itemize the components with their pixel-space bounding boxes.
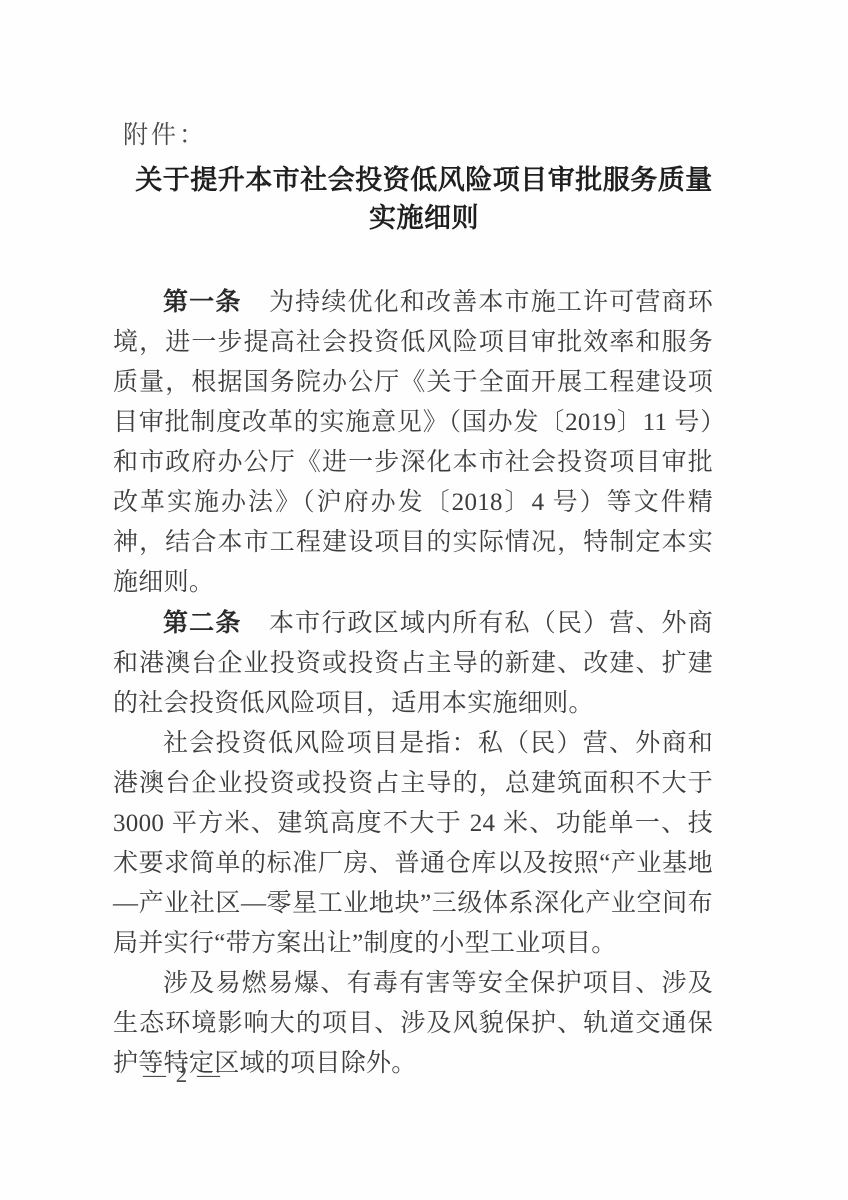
document-page: 附件： 关于提升本市社会投资低风险项目审批服务质量 实施细则 第一条为持续优化和… bbox=[0, 0, 848, 1200]
paragraph-text: 为持续优化和改善本市施工许可营商环境，进一步提高社会投资低风险项目审批效率和服务… bbox=[113, 289, 713, 596]
article-paragraph: 第二条本市行政区域内所有私（民）营、外商和港澳台企业投资或投资占主导的新建、改建… bbox=[113, 603, 713, 724]
page-number: — 2 — bbox=[143, 1061, 222, 1089]
article-number: 第二条 bbox=[163, 609, 242, 637]
article-number: 第一条 bbox=[163, 288, 242, 316]
document-body: 第一条为持续优化和改善本市施工许可营商环境，进一步提高社会投资低风险项目审批效率… bbox=[113, 282, 713, 1084]
attachment-label: 附件： bbox=[123, 121, 207, 151]
article-paragraph: 社会投资低风险项目是指：私（民）营、外商和港澳台企业投资或投资占主导的，总建筑面… bbox=[113, 724, 713, 964]
document-title-line-2: 实施细则 bbox=[0, 199, 848, 237]
article-paragraph: 第一条为持续优化和改善本市施工许可营商环境，进一步提高社会投资低风险项目审批效率… bbox=[113, 282, 713, 603]
document-title-line-1: 关于提升本市社会投资低风险项目审批服务质量 bbox=[0, 161, 848, 199]
document-title: 关于提升本市社会投资低风险项目审批服务质量 实施细则 bbox=[0, 161, 848, 237]
paragraph-text: 社会投资低风险项目是指：私（民）营、外商和港澳台企业投资或投资占主导的，总建筑面… bbox=[113, 730, 713, 957]
